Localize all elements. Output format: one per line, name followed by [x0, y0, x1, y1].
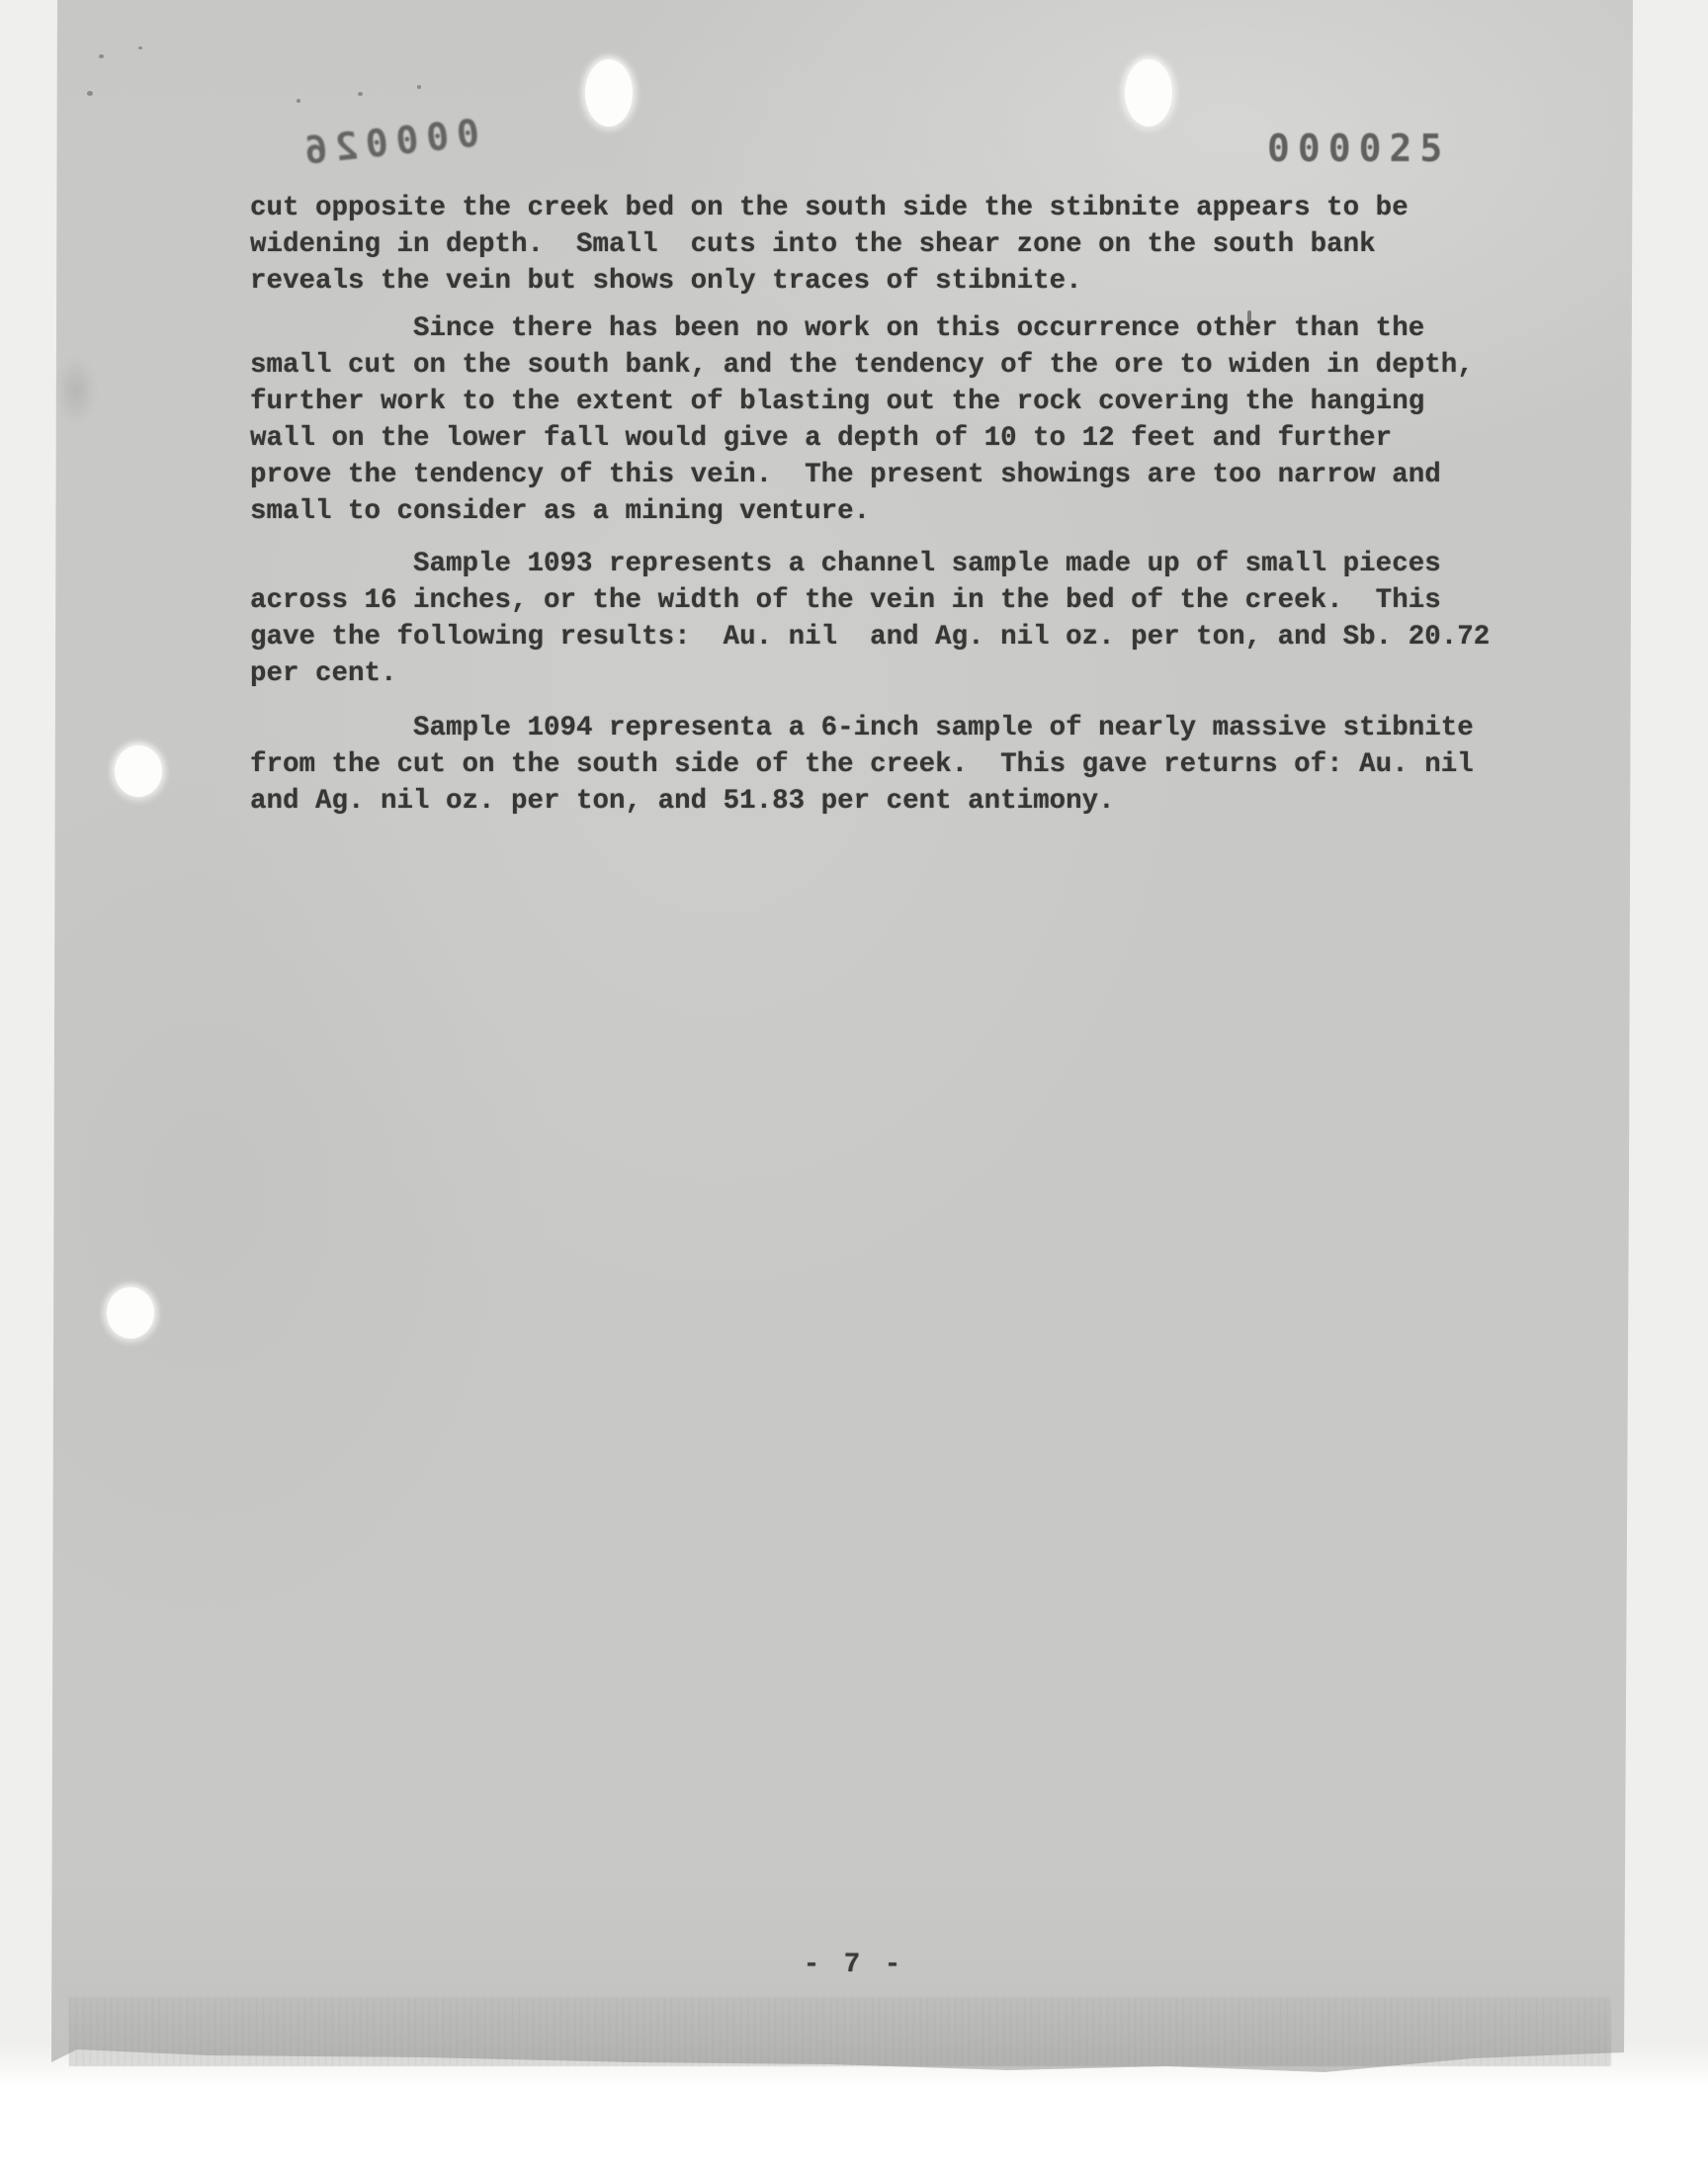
scan-speck	[358, 92, 363, 96]
scan-speck	[87, 91, 93, 96]
paragraph-4: Sample 1094 representa a 6-inch sample o…	[250, 710, 1575, 820]
punch-hole-top-left	[585, 59, 633, 127]
punch-hole-top-right	[1125, 59, 1172, 127]
stamp-number: 000025	[1267, 127, 1450, 170]
punch-hole-left-upper	[115, 745, 162, 797]
punch-hole-left-lower	[107, 1287, 154, 1339]
scan-speck	[99, 54, 104, 58]
scan-speck	[1247, 310, 1251, 322]
scan-streaks	[69, 1997, 1611, 2066]
scanned-document-page: 000026 000025 cut opposite the creek bed…	[0, 0, 1708, 2175]
paragraph-2: Since there has been no work on this occ…	[250, 310, 1575, 530]
page-number: - 7 -	[0, 1950, 1708, 1980]
scan-stain	[51, 348, 101, 433]
paragraph-3: Sample 1093 represents a channel sample …	[250, 546, 1575, 692]
scan-speck	[138, 46, 142, 49]
scan-speck	[297, 99, 300, 103]
scan-speck	[417, 85, 421, 89]
paragraph-1: cut opposite the creek bed on the south …	[250, 190, 1575, 300]
